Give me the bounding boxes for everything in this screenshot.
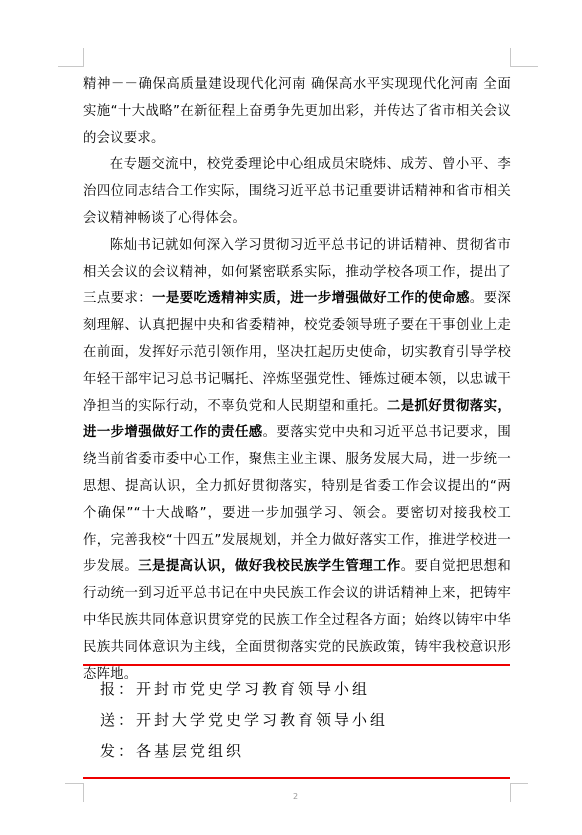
distribution-label: 报： (100, 680, 136, 698)
corner-mark-bottom-right-v (510, 783, 511, 802)
corner-mark-top-right-h (510, 66, 538, 67)
distribution-value: 各基层党组织 (136, 742, 244, 760)
corner-mark-bottom-left-v (83, 783, 84, 802)
requirement-1-heading: 一是要吃透精神实质，进一步增强做好工作的使命感 (152, 291, 470, 306)
paragraph-text: 精神－－确保高质量建设现代化河南 确保高水平实现现代化河南 全面实施“十大战略”… (83, 77, 511, 146)
corner-mark-bottom-right-h (510, 783, 528, 784)
paragraph-text: 。要落实党中央和习近平总书记要求，围绕当前省委市委中心工作，聚焦主业主课、服务发… (83, 425, 511, 574)
distribution-issue-to: 发：各基层党组织 (100, 740, 244, 761)
corner-mark-top-left-h (58, 66, 84, 67)
corner-mark-top-right-v (510, 48, 511, 67)
distribution-label: 发： (100, 742, 136, 760)
paragraph-text: 。要深刻理解、认真把握中央和省委精神，校党委领导班子要在干事创业上走在前面，发挥… (83, 291, 511, 413)
paragraph-1: 精神－－确保高质量建设现代化河南 确保高水平实现现代化河南 全面实施“十大战略”… (83, 72, 511, 152)
top-red-rule (83, 664, 510, 666)
distribution-label: 送： (100, 711, 136, 729)
document-body: 精神－－确保高质量建设现代化河南 确保高水平实现现代化河南 全面实施“十大战略”… (83, 72, 511, 688)
corner-mark-top-left-v (83, 48, 84, 67)
paragraph-text: 在专题交流中，校党委理论中心组成员宋晓炜、成芳、曾小平、李治四位同志结合工作实际… (83, 157, 511, 226)
page-number: 2 (293, 792, 298, 801)
bottom-red-rule (83, 777, 510, 779)
distribution-value: 开封大学党史学习教育领导小组 (136, 711, 388, 729)
requirement-3-heading: 三是提高认识，做好我校民族学生管理工作 (138, 559, 400, 574)
paragraph-3: 陈灿书记就如何深入学习贯彻习近平总书记的讲话精神、贯彻省市相关会议的会议精神，如… (83, 233, 511, 689)
distribution-send-to: 送：开封大学党史学习教育领导小组 (100, 709, 388, 730)
corner-mark-bottom-left-h (65, 783, 84, 784)
distribution-value: 开封市党史学习教育领导小组 (136, 680, 370, 698)
distribution-report-to: 报：开封市党史学习教育领导小组 (100, 678, 370, 699)
paragraph-2: 在专题交流中，校党委理论中心组成员宋晓炜、成芳、曾小平、李治四位同志结合工作实际… (83, 152, 511, 232)
